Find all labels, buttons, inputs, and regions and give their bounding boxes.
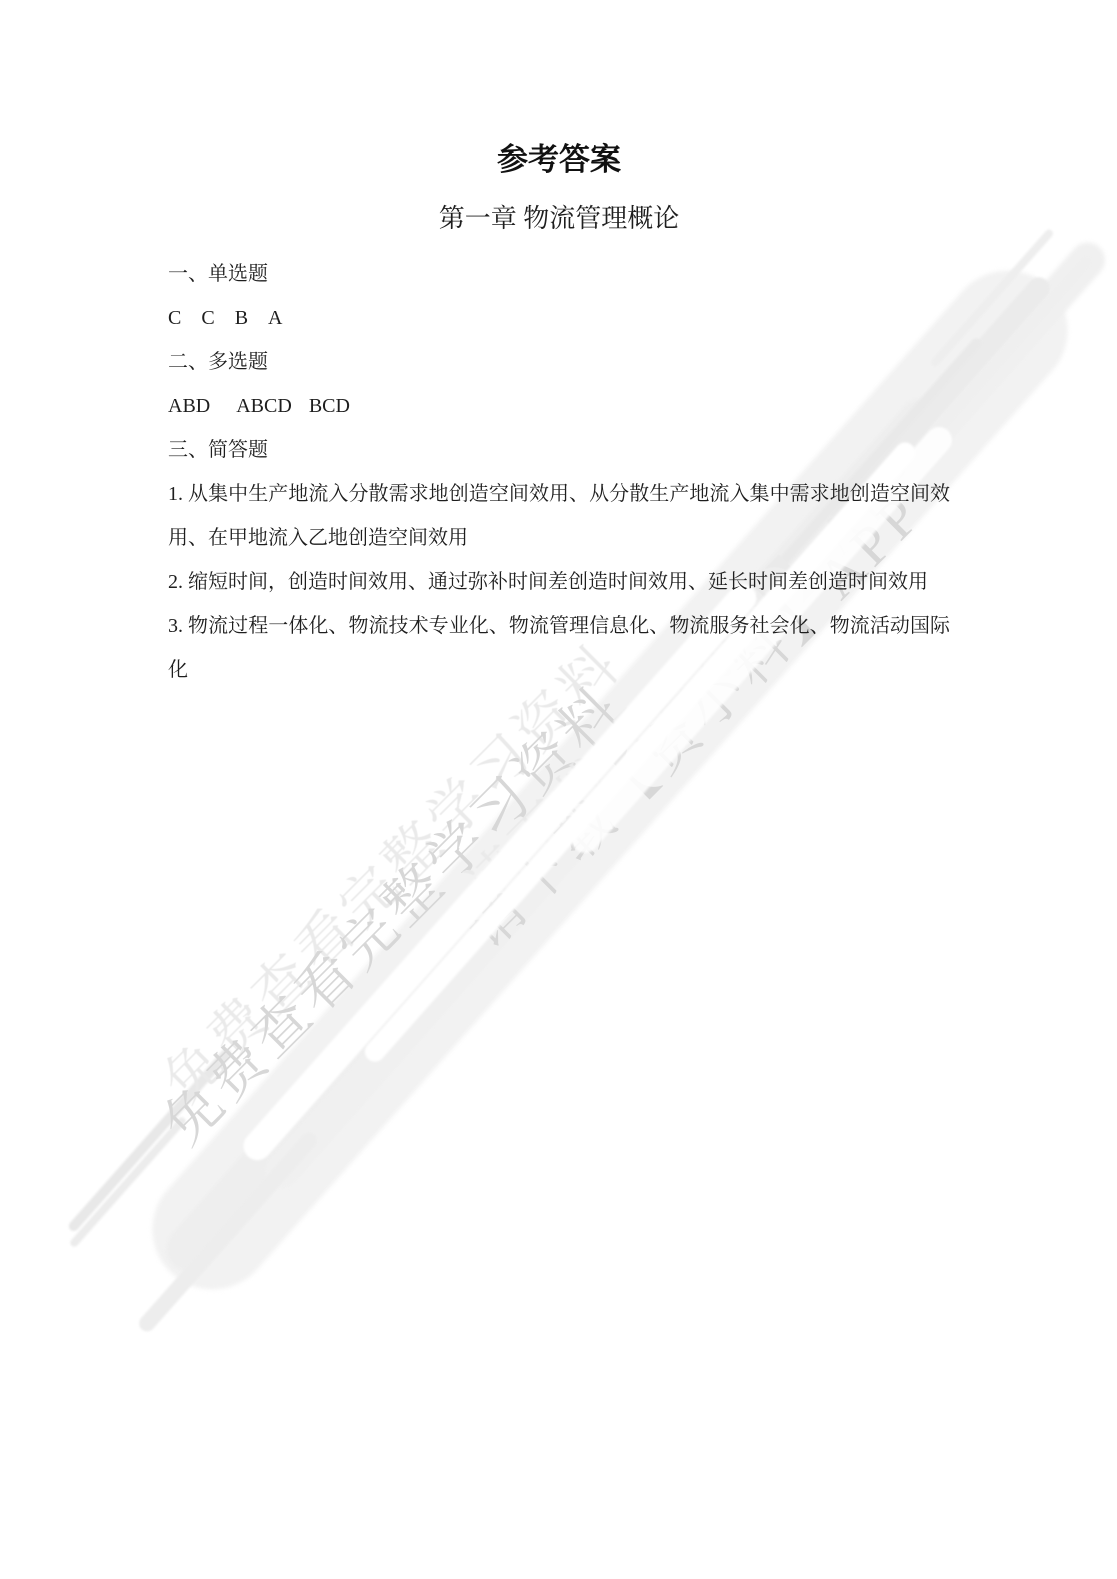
document-page: 免费查看完整学习资料 请下载【资小料】APP 参考答案 第一章 物流管理概论 一…: [0, 0, 1117, 1579]
section-2-answers: ABD ABCD BCD: [168, 384, 950, 428]
answer-letter: B: [235, 296, 248, 340]
answer-group: BCD: [309, 384, 350, 428]
answer-letter: C: [168, 296, 181, 340]
section-3-heading: 三、简答题: [168, 428, 950, 472]
short-answer-item-1: 1. 从集中生产地流入分散需求地创造空间效用、从分散生产地流入集中需求地创造空间…: [168, 472, 950, 560]
answers-body: 一、单选题 C C B A 二、多选题 ABD ABCD BCD 三、简答题 1…: [168, 252, 950, 692]
chapter-heading: 第一章 物流管理概论: [168, 201, 950, 237]
section-2-heading: 二、多选题: [168, 340, 950, 384]
short-answer-item-2: 2. 缩短时间，创造时间效用、通过弥补时间差创造时间效用、延长时间差创造时间效用: [168, 560, 950, 604]
answer-letter: A: [268, 296, 282, 340]
answer-group: ABCD: [236, 384, 292, 428]
short-answer-item-3: 3. 物流过程一体化、物流技术专业化、物流管理信息化、物流服务社会化、物流活动国…: [168, 604, 950, 692]
answer-group: ABD: [168, 384, 210, 428]
section-1-heading: 一、单选题: [168, 252, 950, 296]
answer-letter: C: [201, 296, 214, 340]
page-title: 参考答案: [168, 142, 950, 178]
section-1-answers: C C B A: [168, 296, 950, 340]
